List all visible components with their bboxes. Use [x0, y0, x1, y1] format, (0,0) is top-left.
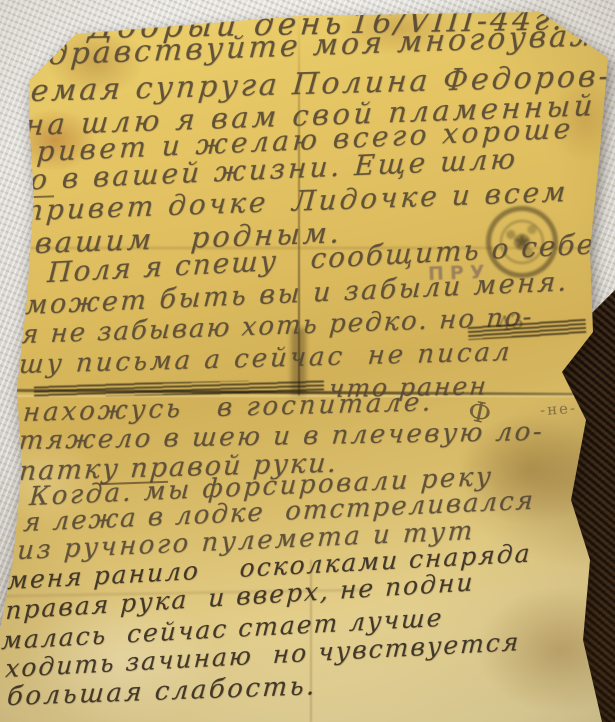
inserted-word: -не- — [539, 399, 577, 420]
photo-of-letter: ★ ПРУ 43 Добрый день 16/VIII-44г. Здравс… — [0, 0, 615, 722]
edge-crease — [24, 100, 27, 190]
letter-paper: ★ ПРУ 43 Добрый день 16/VIII-44г. Здравс… — [0, 0, 615, 722]
paper-shadow: ★ ПРУ 43 Добрый день 16/VIII-44г. Здравс… — [0, 0, 615, 722]
letter-lines: Здравствуйте моя многоуважа-емая супруга… — [0, 0, 615, 722]
